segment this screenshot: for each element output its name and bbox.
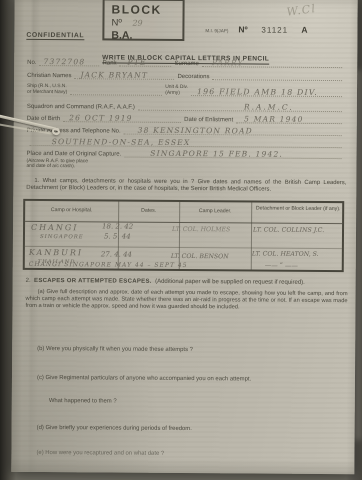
enlistment-value: 5 MAR 1940 <box>244 114 303 123</box>
table-header-dates: Dates. <box>118 208 179 214</box>
decorations-field <box>212 71 342 81</box>
capture-note-line2: and date of a/c crash). <box>26 164 87 170</box>
squadron-field: R.A.M.C. <box>138 102 342 112</box>
unit-label-line2: (Army) <box>165 90 188 96</box>
unit-value: 196 FIELD AMB 18 DIV. <box>197 87 318 97</box>
christian-names-value: JACK BRYANT <box>80 70 148 79</box>
capture-label: Place and Date of Original Capture. <box>27 151 122 158</box>
surname-label: Surname <box>175 61 199 67</box>
row-no-rank-surname: No. 7372708 Rank PTE Surname PARRY <box>27 56 345 68</box>
ref-no-label: Nº <box>238 24 247 34</box>
address-field: 38 KENSINGTON ROAD <box>124 126 342 137</box>
ref-suffix: A <box>301 25 307 35</box>
unit-label-line1: Unit & Div. <box>165 85 188 91</box>
rank-label: Rank <box>103 60 117 66</box>
table-header-camp: Camp or Hospital. <box>25 207 118 214</box>
question-2c: (c) Give Regimental particulars of anyon… <box>37 375 251 382</box>
table-cell: SINGAPORE <box>40 234 84 240</box>
table-cell: CHANGI <box>31 223 78 232</box>
address-value-2: SOUTHEND-ON-SEA, ESSEX <box>52 137 191 147</box>
stamp-no-value: 29 <box>132 19 142 28</box>
question-2d: (d) Give briefly your experiences during… <box>37 425 192 432</box>
christian-names-field: JACK BRYANT <box>74 70 174 80</box>
christian-names-label: Christian Names <box>27 73 71 79</box>
row-ship-unit: Ship (R.N., U.S.N. or Merchant Navy) Uni… <box>27 81 345 97</box>
document-photo: CONFIDENTIAL BLOCK Nº 29 B.A. M.I. 9(JAP… <box>0 0 362 480</box>
question-2e: (e) How were you recaptured and on what … <box>36 450 164 457</box>
table-cell: LT. COL. COLLINS J.C. <box>253 226 324 233</box>
camps-table: Camp or Hospital. Dates. Camp Leader. De… <box>23 199 344 272</box>
ship-label-line2: or Merchant Navy) <box>27 89 67 95</box>
form-page: CONFIDENTIAL BLOCK Nº 29 B.A. M.I. 9(JAP… <box>11 0 357 474</box>
squadron-label: Squadron and Command (R.A.F., A.A.F.) <box>27 104 135 111</box>
unit-field: 196 FIELD AMB 18 DIV. <box>191 87 342 97</box>
table-cell: LT. COL. HOLMES <box>172 226 230 233</box>
capture-field: SINGAPORE 15 FEB. 1942. <box>124 149 341 160</box>
enlistment-field: 5 MAR 1940 <box>236 114 342 124</box>
question-2c-followup: What happened to them ? <box>49 398 117 404</box>
stamp-title: BLOCK <box>112 2 176 16</box>
row-capture: Place and Date of Original Capture. SING… <box>27 147 345 159</box>
table-cell: 27. 4. 44 <box>101 250 132 258</box>
confidential-label: CONFIDENTIAL <box>26 32 84 40</box>
dob-field: 26 OCT 1919 <box>63 113 181 123</box>
section2-title: ESCAPES OR ATTEMPTED ESCAPES. <box>34 278 152 285</box>
section2-number: 2. <box>26 278 31 284</box>
row-squadron: Squadron and Command (R.A.F., A.A.F.) R.… <box>27 100 345 112</box>
table-cell: KANBURI <box>29 248 83 257</box>
section2-note: (Additional paper will be supplied on re… <box>155 279 305 286</box>
squadron-value: R.A.M.C. <box>244 102 294 111</box>
stamp-org: B.A. <box>111 29 175 41</box>
row-dob-enlistment: Date of Birth 26 OCT 1919 Date of Enlist… <box>27 112 345 124</box>
table-cell: LT. COL. HEATON, S. <box>252 250 319 257</box>
question-2a: (a) Give full description and approx. da… <box>25 289 347 312</box>
question-2b: (b) Were you physically fit when you mad… <box>37 346 193 353</box>
confidential-marking: CONFIDENTIAL <box>26 24 84 42</box>
row-christian-decorations: Christian Names JACK BRYANT Decorations <box>27 69 345 81</box>
table-cell: 18. 2. 42 <box>102 222 133 230</box>
block-stamp: BLOCK Nº 29 B.A. <box>102 0 184 41</box>
capture-note: (Aircrew R.A.F. to give place and date o… <box>26 159 88 170</box>
dob-value: 26 OCT 1919 <box>69 113 133 122</box>
unit-label: Unit & Div. (Army) <box>165 85 188 96</box>
table-cell: CHANGI SINGAPORE MAY 44 – SEPT 45 <box>29 261 188 269</box>
ref-no-value: 31121 <box>261 26 288 35</box>
question-1: 1. What camps, detachments or hospitals … <box>26 178 346 194</box>
ship-field <box>70 86 162 96</box>
table-header-block-leader: Detachment or Block Leader (if any). <box>253 205 343 212</box>
no-value: 7372708 <box>44 57 86 66</box>
ref-code: M.I. 9(JAP) <box>205 28 228 33</box>
no-label: No. <box>27 60 36 66</box>
ship-label-line1: Ship (R.N., U.S.N. <box>27 84 67 90</box>
enlistment-label: Date of Enlistment <box>184 117 233 123</box>
address-value: 38 KENSINGTON ROAD <box>138 126 253 136</box>
rank-value: PTE <box>128 58 147 67</box>
stamp-number-line: Nº 29 <box>111 17 175 28</box>
table-cell: —— ʺ —— <box>265 262 298 270</box>
capture-value: SINGAPORE 15 FEB. 1942. <box>150 149 283 159</box>
surname-value: PARRY <box>212 58 244 67</box>
ship-label: Ship (R.N., U.S.N. or Merchant Navy) <box>27 84 67 95</box>
surname-field: PARRY <box>202 58 342 68</box>
stamp-no-label: Nº <box>111 17 121 28</box>
decorations-label: Decorations <box>177 74 209 80</box>
no-field: 7372708 <box>40 57 100 66</box>
table-header-leader: Camp Leader. <box>179 208 251 215</box>
section2-heading: 2. ESCAPES OR ATTEMPTED ESCAPES. (Additi… <box>26 278 305 286</box>
table-cell: LT. COL. BENSON <box>171 253 229 260</box>
rank-field: PTE <box>120 58 172 67</box>
row-address: Private Address and Telephone No. 38 KEN… <box>27 124 345 136</box>
pencil-annotation: W.Cl <box>286 2 317 19</box>
table-cell: 5. 5. 44 <box>104 232 131 240</box>
